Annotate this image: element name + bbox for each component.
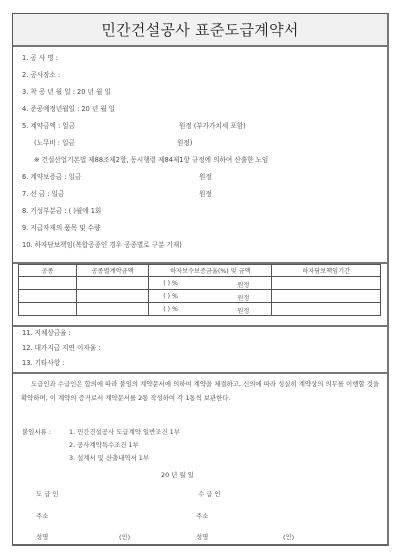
- attachment-item: 2. 공사계약특수조건 1부: [69, 440, 139, 449]
- cell-work-type[interactable]: [19, 277, 77, 290]
- attachment-item: 1. 민간건설공사 도급계약 일반조건 1부: [69, 427, 180, 436]
- contract-items-2: 11. 지체상금율 : 12. 대가지급 지연 이자율 : 13. 기타사항 :: [22, 326, 381, 371]
- table-row: ( ) % 원정: [19, 290, 381, 303]
- item-labor-note: ※ 건설산업기본법 제88조제2항, 동시행령 제84제1항 규정에 의하여 산…: [22, 152, 381, 169]
- agreement-paragraph: 도급인과 수급인은 합의에 따라 붙임의 계약문서에 의하여 계약을 체결하고,…: [21, 378, 379, 405]
- warranty-table-wrap: 공종 공종별계약금액 하자보수보증금율(%) 및 금액 하자담보책임기간 ( )…: [18, 264, 381, 316]
- contract-amount-unit: 원정 (부가가치세 포함): [179, 118, 246, 135]
- header-work-type: 공종: [19, 265, 77, 277]
- table-row: ( ) % 원정: [19, 303, 381, 316]
- table-header-row: 공종 공종별계약금액 하자보수보증금율(%) 및 금액 하자담보책임기간: [19, 265, 381, 277]
- item-project-name: 1. 공 사 명 :: [22, 50, 381, 67]
- header-liability-period: 하자담보책임기간: [272, 265, 381, 277]
- attachment-item: 3. 설계서 및 산출내역서 1부: [69, 453, 149, 462]
- signing-date: 20 년 월 일: [161, 470, 194, 479]
- cell-liability-period[interactable]: [272, 303, 381, 316]
- item-delay-penalty: 11. 지체상금율 :: [22, 326, 381, 341]
- labor-cost-unit: 원정): [177, 135, 192, 152]
- cell-work-amount[interactable]: [76, 303, 148, 316]
- cell-work-amount[interactable]: [76, 277, 148, 290]
- cell-liability-period[interactable]: [272, 277, 381, 290]
- cell-liability-period[interactable]: [272, 290, 381, 303]
- warranty-table: 공종 공종별계약금액 하자보수보증금율(%) 및 금액 하자담보책임기간 ( )…: [18, 264, 381, 316]
- item-project-site: 2. 공사장소 :: [22, 67, 381, 84]
- item-start-date: 3. 착 공 년 월 일 : 20 년 월 일: [22, 84, 381, 101]
- item-advance-payment: 7. 선 금 : 일금 원정: [22, 186, 381, 203]
- subcontractor-seal: (인): [283, 532, 294, 541]
- item-progress-payment: 8. 기성부분금 : ( )월에 1회: [22, 203, 381, 220]
- header-bond-rate: 하자보수보증금율(%) 및 금액: [149, 265, 272, 277]
- title-band: 민간건설공사 표준도급계약서: [13, 14, 387, 47]
- item-completion-date: 4. 준공예정년월일 : 20 년 월 일: [22, 101, 381, 118]
- subcontractor-title: 수 급 인: [198, 489, 221, 498]
- contractor-name-label: 성명: [36, 532, 48, 541]
- item-late-payment-interest: 12. 대가지급 지연 이자율 :: [22, 341, 381, 356]
- table-row: ( ) % 원정: [19, 277, 381, 290]
- cell-bond-rate[interactable]: ( ) % 원정: [149, 277, 272, 290]
- cell-work-amount[interactable]: [76, 290, 148, 303]
- cell-work-type[interactable]: [19, 303, 77, 316]
- item-labor-cost: (노무비 : 일금 원정): [22, 135, 381, 152]
- item-performance-bond: 6. 계약보증금 : 일금 원정: [22, 169, 381, 186]
- item-other-matters: 13. 기타사항 :: [22, 356, 381, 371]
- divider: [13, 372, 387, 374]
- contract-document: 민간건설공사 표준도급계약서 1. 공 사 명 : 2. 공사장소 : 3. 착…: [12, 13, 389, 546]
- contractor-title: 도 급 인: [36, 489, 59, 498]
- item-contract-amount: 5. 계약금액 : 일금 원정 (부가가치세 포함): [22, 118, 381, 135]
- header-work-amount: 공종별계약금액: [76, 265, 148, 277]
- contractor-address-label: 주소: [36, 511, 48, 520]
- subcontractor-address-label: 주소: [196, 511, 208, 520]
- cell-work-type[interactable]: [19, 290, 77, 303]
- subcontractor-name-label: 성명: [196, 532, 208, 541]
- attachments-label: 붙임서류 :: [22, 427, 51, 436]
- contractor-seal: (인): [119, 532, 130, 541]
- item-defect-liability: 10. 하자담보책임(복합공종인 경우 공종별로 구분 기재): [22, 237, 381, 254]
- cell-bond-rate[interactable]: ( ) % 원정: [149, 290, 272, 303]
- cell-bond-rate[interactable]: ( ) % 원정: [149, 303, 272, 316]
- document-title: 민간건설공사 표준도급계약서: [101, 19, 298, 40]
- item-supplied-materials: 9. 지급자재의 품목 및 수량: [22, 220, 381, 237]
- contract-items: 1. 공 사 명 : 2. 공사장소 : 3. 착 공 년 월 일 : 20 년…: [22, 50, 381, 254]
